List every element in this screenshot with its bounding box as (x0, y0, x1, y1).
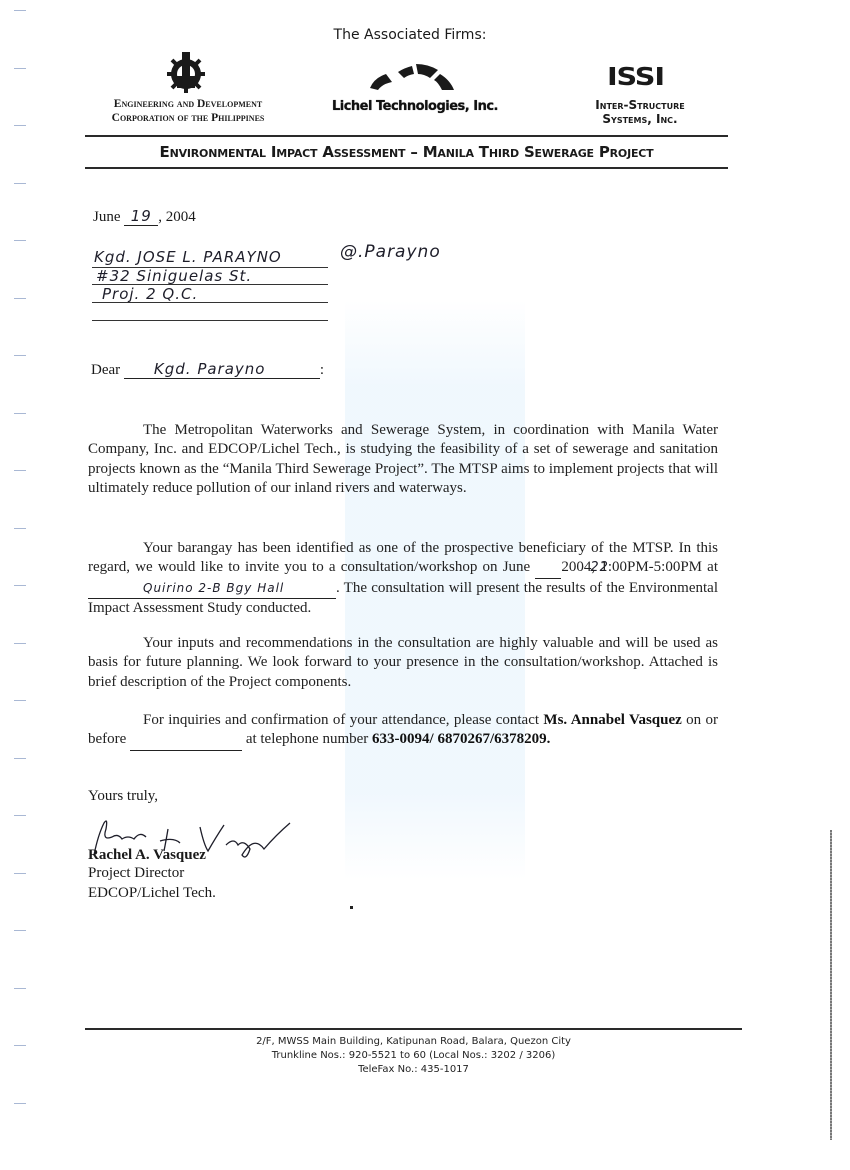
footer-rule (85, 1028, 742, 1030)
signatory-title: Project Director (88, 865, 184, 882)
recipient-line-1: Kgd. JOSE L. PARAYNO (94, 248, 282, 266)
date-month: June (93, 209, 121, 225)
salutation-name-handwritten: Kgd. Parayno (124, 360, 320, 379)
margin-mark (14, 585, 26, 586)
margin-mark (14, 183, 26, 184)
paragraph-4-text-c: at telephone number (246, 731, 368, 747)
lichel-arc-logo-icon (368, 60, 456, 92)
margin-mark (14, 930, 26, 931)
margin-mark (14, 1045, 26, 1046)
margin-mark (14, 470, 26, 471)
recipient-line-2: #32 Siniguelas St. (96, 267, 252, 285)
associated-firms-label: The Associated Firms: (0, 27, 820, 43)
project-title: Environmental Impact Assessment – Manila… (85, 143, 728, 161)
margin-mark (14, 1103, 26, 1104)
speck (350, 906, 353, 909)
paragraph-1-text: The Metropolitan Waterworks and Sewerage… (88, 421, 718, 499)
margin-mark (14, 125, 26, 126)
footer-line-3: TeleFax No.: 435-1017 (85, 1063, 742, 1077)
lichel-firm-name: Lichel Technologies, Inc. (330, 100, 500, 114)
date-year: , 2004 (158, 209, 196, 225)
venue-handwritten: Quirino 2-B Bgy Hall (88, 579, 336, 599)
paragraph-2-text-b: 2004, 1:00PM-5:00PM at (561, 559, 718, 575)
margin-mark (14, 873, 26, 874)
recipient-rule-4 (92, 320, 328, 321)
margin-mark (14, 700, 26, 701)
signatory-organization: EDCOP/Lichel Tech. (88, 885, 216, 902)
salutation-colon: : (320, 362, 324, 378)
margin-handwritten-note: @.Parayno (340, 242, 441, 262)
workshop-day-handwritten: 22 (535, 558, 561, 578)
closing: Yours truly, (88, 788, 158, 805)
header-rule-top (85, 135, 728, 137)
edcop-name-line2: Corporation of the Philippines (88, 111, 288, 125)
issi-name-line2: Systems, Inc. (570, 112, 710, 126)
margin-mark (14, 988, 26, 989)
signatory-name: Rachel A. Vasquez (88, 847, 206, 864)
body-paragraph-3: Your inputs and recommendations in the c… (88, 634, 718, 692)
issi-firm-name: Inter-Structure Systems, Inc. (570, 98, 710, 126)
margin-mark (14, 528, 26, 529)
contact-phone-numbers: 633-0094/ 6870267/6378209. (372, 731, 550, 747)
salutation-prefix: Dear (91, 362, 120, 378)
edcop-gear-logo-icon (167, 50, 205, 96)
contact-person: Ms. Annabel Vasquez (543, 712, 681, 728)
recipient-line-3: Proj. 2 Q.C. (102, 285, 198, 303)
margin-mark (14, 758, 26, 759)
margin-mark (14, 240, 26, 241)
issi-logo: ISSI (607, 62, 664, 91)
scan-edge (830, 830, 832, 1140)
paragraph-3-text: Your inputs and recommendations in the c… (88, 634, 718, 692)
letter-date: June 19, 2004 (93, 207, 196, 226)
margin-mark (14, 10, 26, 11)
margin-mark (14, 643, 26, 644)
date-day-handwritten: 19 (124, 207, 158, 226)
margin-mark (14, 298, 26, 299)
footer-address: 2/F, MWSS Main Building, Katipunan Road,… (85, 1035, 742, 1077)
footer-line-1: 2/F, MWSS Main Building, Katipunan Road,… (85, 1035, 742, 1049)
margin-mark (14, 815, 26, 816)
header-rule-bottom (85, 167, 728, 169)
issi-name-line1: Inter-Structure (570, 98, 710, 112)
margin-mark (14, 355, 26, 356)
salutation: Dear Kgd. Parayno: (91, 360, 324, 379)
paragraph-4-text-a: For inquiries and confirmation of your a… (143, 712, 539, 728)
body-paragraph-1: The Metropolitan Waterworks and Sewerage… (88, 421, 718, 499)
margin-mark (14, 68, 26, 69)
footer-line-2: Trunkline Nos.: 920-5521 to 60 (Local No… (85, 1049, 742, 1063)
margin-mark (14, 413, 26, 414)
body-paragraph-4: For inquiries and confirmation of your a… (88, 711, 718, 751)
recipient-rule-3 (92, 302, 328, 303)
edcop-firm-name: Engineering and Development Corporation … (88, 97, 288, 125)
body-paragraph-2: Your barangay has been identified as one… (88, 539, 718, 619)
deadline-blank (130, 730, 242, 750)
edcop-name-line1: Engineering and Development (88, 97, 288, 111)
